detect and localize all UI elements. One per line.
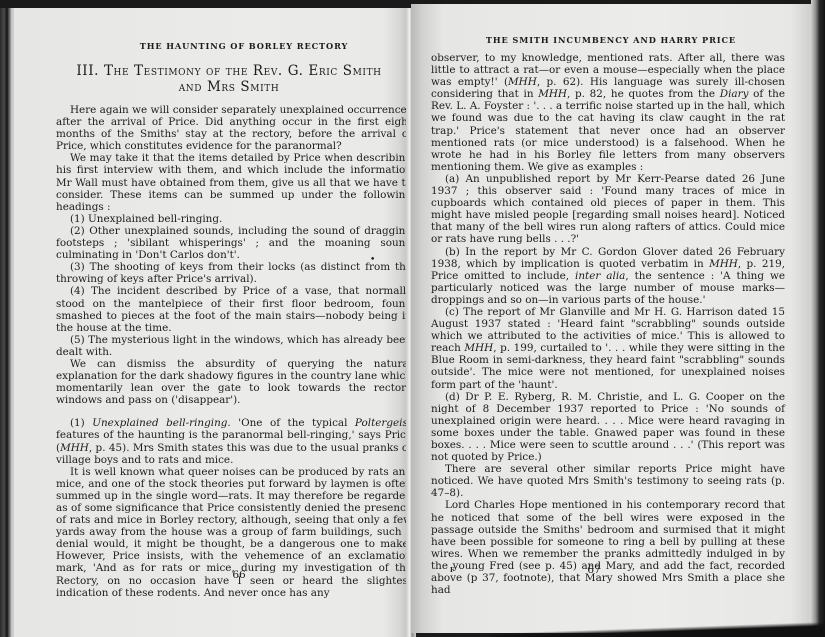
text-run: of the Rev. L. A. Foyster : '. . . a ter… [431,88,785,173]
right-page: THE SMITH INCUMBENCY AND HARRY PRICE obs… [411,4,811,633]
signature-mark: F [450,567,454,574]
left-body-text: Here again we will consider separately u… [56,104,411,599]
section-number: (1) [70,417,92,429]
example-b: (b) In the report by Mr C. Gordon Glover… [431,246,785,306]
italic-title: Diary [720,88,749,100]
page-number-left: 66 [224,569,254,581]
section-heading: Unexplained bell-ringing. [92,417,231,429]
example-d: (d) Dr P. E. Ryberg, R. M. Christie, and… [431,391,785,464]
paragraph-intro: Here again we will consider separately u… [56,104,411,152]
book-spread: THE HAUNTING OF BORLEY RECTORY III. The … [0,0,825,637]
text-run: , p. 45). Mrs Smith states this was due … [56,442,411,466]
list-item-5: (5) The mysterious light in the windows,… [56,334,411,358]
text-run: 'One of the typical [231,417,355,429]
paragraph-continued: observer, to my knowledge, mentioned rat… [431,52,785,173]
italic-term: Poltergeist [355,417,411,429]
book-edge-right [811,0,825,637]
paragraph-several: There are several other similar reports … [431,463,785,499]
list-item-2: (2) Other unexplained sounds, including … [56,225,411,261]
italic-term: inter alia [575,270,625,282]
italic-citation: MHH [464,342,493,354]
book-edge-left [0,8,14,637]
chapter-title-line2: and Mrs Smith [64,79,394,95]
paragraph-hope: Lord Charles Hope mentioned in his conte… [431,499,785,596]
italic-citation: MHH [709,258,738,270]
text-run: , p. 82, he quotes from the [567,88,720,100]
left-page: THE HAUNTING OF BORLEY RECTORY III. The … [14,8,411,637]
italic-citation: MHH [508,76,537,88]
page-number-right: 67 [579,564,609,576]
section-bell-ringing: (1) Unexplained bell-ringing. 'One of th… [56,417,411,465]
chapter-title: III. The Testimony of the Rev. G. Eric S… [64,63,394,95]
scan-shadow [490,621,825,637]
list-item-3: (3) The shooting of keys from their lock… [56,261,411,285]
paragraph-dismiss: We can dismiss the absurdity of querying… [56,358,411,406]
right-body-text: observer, to my knowledge, mentioned rat… [431,52,785,596]
chapter-title-line1: III. The Testimony of the Rev. G. Eric S… [64,63,394,79]
running-head-right: THE SMITH INCUMBENCY AND HARRY PRICE [451,35,771,45]
example-a: (a) An unpublished report by Mr Kerr-Pea… [431,173,785,246]
italic-citation: MHH [60,442,89,454]
italic-citation: MHH [538,88,567,100]
running-head-left: THE HAUNTING OF BORLEY RECTORY [114,41,374,51]
example-c: (c) The report of Mr Glanville and Mr H.… [431,306,785,391]
list-item-1: (1) Unexplained bell-ringing. [56,213,411,225]
list-item-4: (4) The incident described by Price of a… [56,285,411,333]
paragraph-items: We may take it that the items detailed b… [56,152,411,212]
